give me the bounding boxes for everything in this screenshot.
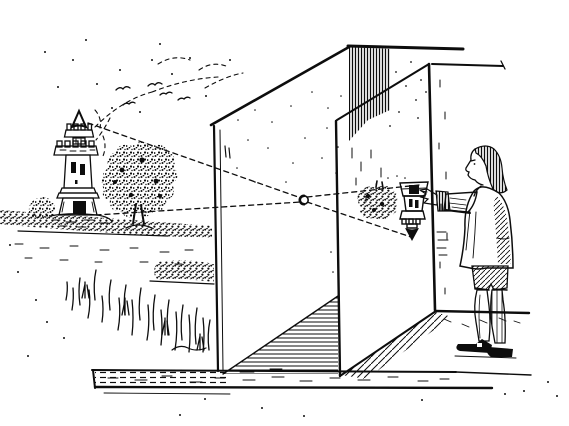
pinhole [300,196,308,204]
observer-breeches [472,266,508,290]
observer-back-leg [491,290,506,343]
observer-cuff [436,191,450,211]
engraving-canvas [0,0,569,426]
camera-obscura-illustration [0,0,569,426]
